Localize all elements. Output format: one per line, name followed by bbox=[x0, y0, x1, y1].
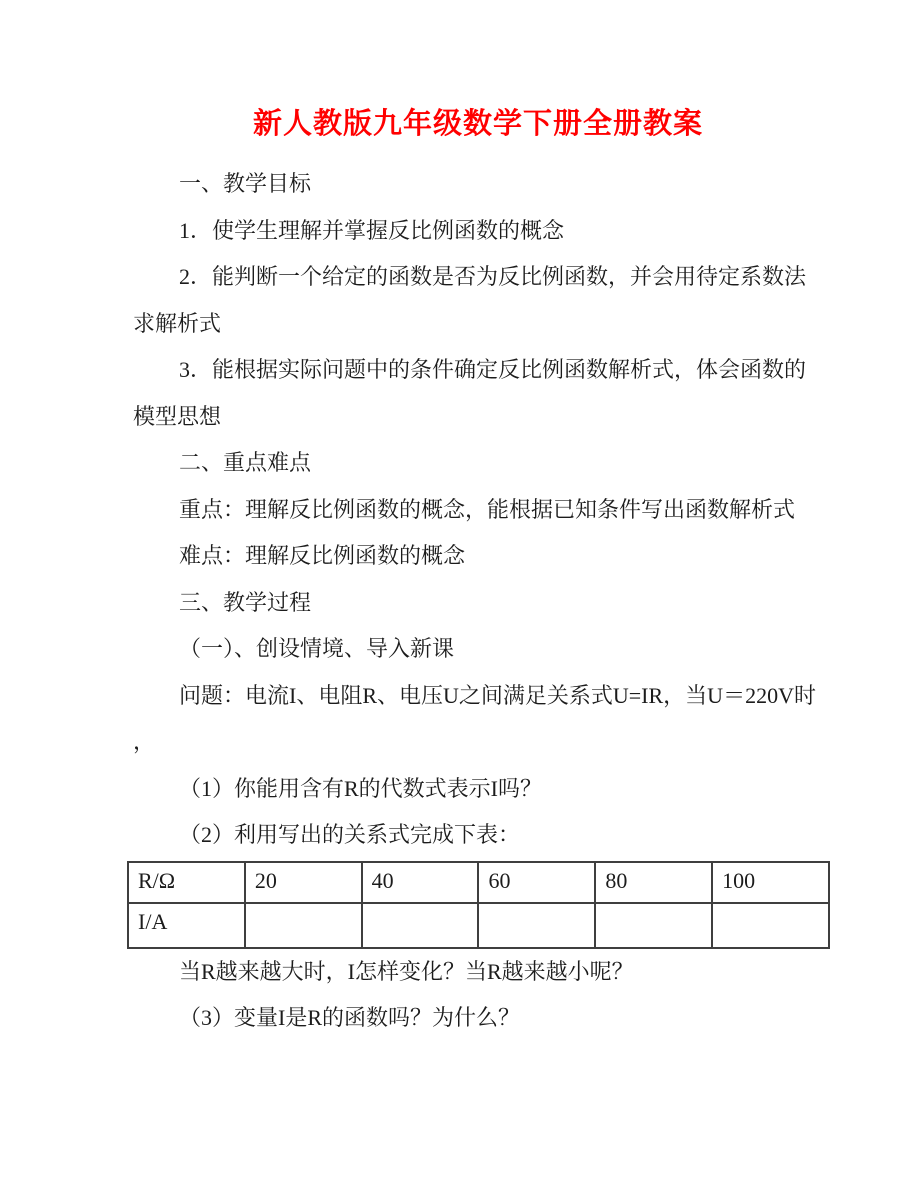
table-cell: R/Ω bbox=[128, 862, 245, 903]
table-cell: 100 bbox=[712, 862, 829, 903]
text-line: （一）、创设情境、导入新课 bbox=[133, 626, 823, 673]
table-cell bbox=[478, 903, 595, 948]
table-cell bbox=[712, 903, 829, 948]
table-cell bbox=[595, 903, 712, 948]
text-line: 重点：理解反比例函数的概念，能根据已知条件写出函数解析式 bbox=[133, 487, 823, 534]
table-cell bbox=[362, 903, 479, 948]
text-line: 问题：电流I、电阻R、电压U之间满足关系式U=IR，当U＝220V时 bbox=[133, 673, 823, 720]
text-line: 模型思想 bbox=[133, 394, 823, 441]
document-content: 新人教版九年级数学下册全册教案 一、教学目标1．使学生理解并掌握反比例函数的概念… bbox=[0, 0, 823, 1042]
table-row: I/A bbox=[128, 903, 829, 948]
text-line: 当R越来越大时，I怎样变化？当R越来越小呢？ bbox=[133, 949, 823, 996]
text-line: 1．使学生理解并掌握反比例函数的概念 bbox=[133, 208, 823, 255]
table-cell: I/A bbox=[128, 903, 245, 948]
text-line: 2．能判断一个给定的函数是否为反比例函数，并会用待定系数法 bbox=[133, 254, 823, 301]
table-cell: 80 bbox=[595, 862, 712, 903]
text-line: （1）你能用含有R的代数式表示I吗？ bbox=[133, 766, 823, 813]
text-line: 3．能根据实际问题中的条件确定反比例函数解析式，体会函数的 bbox=[133, 347, 823, 394]
text-line: 求解析式 bbox=[133, 301, 823, 348]
text-line: 三、教学过程 bbox=[133, 580, 823, 627]
table-cell bbox=[245, 903, 362, 948]
text-line: 难点：理解反比例函数的概念 bbox=[133, 533, 823, 580]
rw-values-table-body: R/Ω20406080100I/A bbox=[128, 862, 829, 948]
rw-values-table: R/Ω20406080100I/A bbox=[127, 861, 830, 949]
text-line: 一、教学目标 bbox=[133, 161, 823, 208]
lines-after-table: 当R越来越大时，I怎样变化？当R越来越小呢？（3）变量I是R的函数吗？为什么？ bbox=[133, 949, 823, 1042]
document-title: 新人教版九年级数学下册全册教案 bbox=[133, 100, 823, 148]
table-cell: 60 bbox=[478, 862, 595, 903]
lines-before-table: 一、教学目标1．使学生理解并掌握反比例函数的概念2．能判断一个给定的函数是否为反… bbox=[133, 161, 823, 859]
text-line: （2）利用写出的关系式完成下表： bbox=[133, 812, 823, 859]
document-page: 新人教版九年级数学下册全册教案 一、教学目标1．使学生理解并掌握反比例函数的概念… bbox=[0, 0, 920, 1191]
table-row: R/Ω20406080100 bbox=[128, 862, 829, 903]
text-line: （3）变量I是R的函数吗？为什么？ bbox=[133, 995, 823, 1042]
table-cell: 40 bbox=[362, 862, 479, 903]
text-line: ， bbox=[133, 719, 823, 766]
text-line: 二、重点难点 bbox=[133, 440, 823, 487]
table-cell: 20 bbox=[245, 862, 362, 903]
